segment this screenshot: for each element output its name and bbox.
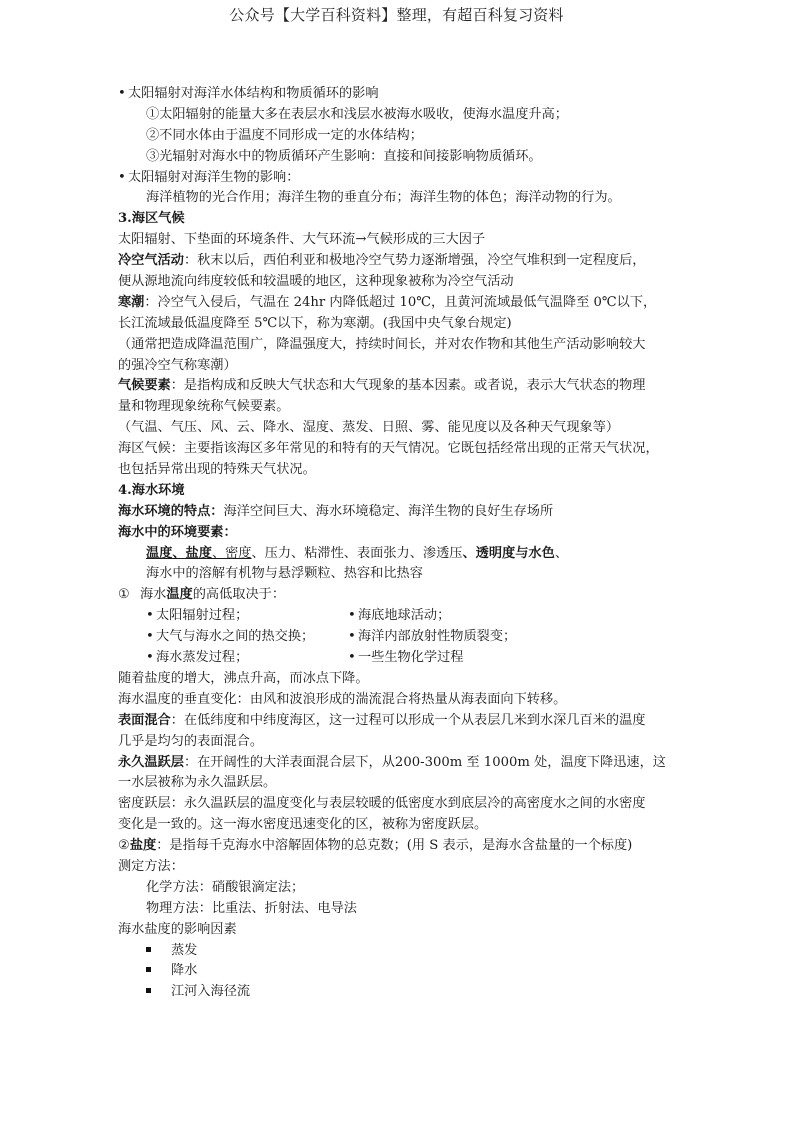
bullet-icon: •: [348, 648, 358, 669]
section-heading: 3.海区气候: [118, 209, 678, 230]
factor-row: •海水蒸发过程；•一些生物化学过程: [118, 648, 678, 669]
definition: 海水环境的特点：海洋空间巨大、海水环境稳定、海洋生物的良好生存场所: [118, 502, 678, 523]
bullet-item: •太阳辐射对海洋生物的影响：: [118, 168, 678, 189]
paragraph: 海区气候：主要指该海区多年常见的和特有的天气情况。它既包括经常出现的正常天气状况…: [118, 439, 678, 460]
term: 寒潮: [118, 295, 144, 310]
term: 永久温跃层: [118, 755, 184, 770]
square-bullet-icon: [146, 988, 151, 993]
paragraph: （通常把造成降温范围广，降温强度大，持续时间长，并对农作物和其他生产活动影响较大: [118, 335, 678, 356]
list-item: ③光辐射对海水中的物质循环产生影响：直接和间接影响物质循环。: [118, 147, 678, 168]
paragraph: 长江流域最低温度降至 5℃以下，称为寒潮。(我国中央气象台规定): [118, 314, 678, 335]
bullet-icon: •: [146, 648, 156, 669]
factor-row: •太阳辐射过程；•海底地球活动；: [118, 606, 678, 627]
bullet-icon: •: [348, 606, 358, 627]
paragraph: 密度跃层：永久温跃层的温度变化与表层较暖的低密度水到底层冷的高密度水之间的水密度: [118, 794, 678, 815]
term: 气候要素: [118, 378, 171, 393]
paragraph: 一水层被称为永久温跃层。: [118, 773, 678, 794]
list-item: 化学方法：硝酸银滴定法；: [118, 878, 678, 899]
paragraph: 随着盐度的增大，沸点升高，而冰点下降。: [118, 669, 678, 690]
paragraph: 便从源地流向纬度较低和较温暖的地区，这种现象被称为冷空气活动: [118, 272, 678, 293]
definition: 冷空气活动：秋末以后，西伯利亚和极地冷空气势力逐渐增强，冷空气堆积到一定程度后，: [118, 251, 678, 272]
bullet-icon: •: [146, 606, 156, 627]
section-heading: 4.海水环境: [118, 481, 678, 502]
paragraph: 测定方法：: [118, 857, 678, 878]
definition: 气候要素：是指构成和反映大气状态和大气现象的基本因素。或者说，表示大气状态的物理: [118, 376, 678, 397]
paragraph: 太阳辐射、下垫面的环境条件、大气环流→气候形成的三大因子: [118, 230, 678, 251]
paragraph: 量和物理现象统称气候要素。: [118, 397, 678, 418]
factor-row: •大气与海水之间的热交换；•海洋内部放射性物质裂变；: [118, 627, 678, 648]
list-item: 蒸发: [118, 941, 678, 962]
bullet-icon: •: [146, 627, 156, 648]
paragraph: 海水温度的垂直变化：由风和波浪形成的湍流混合将热量从海表面向下转移。: [118, 690, 678, 711]
term: 海水环境的特点：: [118, 504, 224, 519]
paragraph: 也包括异常出现的特殊天气状况。: [118, 460, 678, 481]
list-item: 物理方法：比重法、折射法、电导法: [118, 899, 678, 920]
list-item: 江河入海径流: [118, 982, 678, 1003]
list-item: ②不同水体由于温度不同形成一定的水体结构；: [118, 126, 678, 147]
term: 表面混合: [118, 713, 171, 728]
bullet-item: •太阳辐射对海洋水体结构和物质循环的影响: [118, 84, 678, 105]
subheading: 海水中的环境要素：: [118, 523, 678, 544]
term: 盐度: [130, 838, 156, 853]
bullet-icon: •: [348, 627, 358, 648]
paragraph: 几乎是均匀的表面混合。: [118, 732, 678, 753]
term: 冷空气活动: [118, 253, 184, 268]
page-header: 公众号【大学百科资料】整理，有超百科复习资料: [0, 4, 793, 25]
document-body: •太阳辐射对海洋水体结构和物质循环的影响 ①太阳辐射的能量大多在表层水和浅层水被…: [118, 84, 678, 1003]
bullet-icon: •: [118, 84, 128, 105]
square-bullet-icon: [146, 947, 151, 952]
paragraph: 变化是一致的。这一海水密度迅速变化的区，被称为密度跃层。: [118, 815, 678, 836]
list-item: 降水: [118, 961, 678, 982]
list-item: ①太阳辐射的能量大多在表层水和浅层水被海水吸收，使海水温度升高；: [118, 105, 678, 126]
definition: 表面混合：在低纬度和中纬度海区，这一过程可以形成一个从表层几米到水深几百米的温度: [118, 711, 678, 732]
paragraph: 温度、盐度、密度、压力、粘滞性、表面张力、渗透压、透明度与水色、: [118, 544, 678, 565]
square-bullet-icon: [146, 967, 151, 972]
paragraph: 海水盐度的影响因素: [118, 920, 678, 941]
definition: 寒潮：冷空气入侵后，气温在 24hr 内降低超过 10℃，且黄河流域最低气温降至…: [118, 293, 678, 314]
numbered-item: ①海水温度的高低取决于：: [118, 585, 678, 606]
paragraph: 海水中的溶解有机物与悬浮颗粒、热容和比热容: [118, 564, 678, 585]
definition: ②盐度：是指每千克海水中溶解固体物的总克数；(用 S 表示，是海水含盐量的一个标…: [118, 836, 678, 857]
paragraph: （气温、气压、风、云、降水、湿度、蒸发、日照、雾、能见度以及各种天气现象等）: [118, 418, 678, 439]
paragraph: 海洋植物的光合作用；海洋生物的垂直分布；海洋生物的体色；海洋动物的行为。: [118, 188, 678, 209]
definition: 永久温跃层：在开阔性的大洋表面混合层下，从200-300m 至 1000m 处，…: [118, 753, 678, 774]
bullet-icon: •: [118, 168, 128, 189]
paragraph: 的强冷空气称寒潮）: [118, 356, 678, 377]
